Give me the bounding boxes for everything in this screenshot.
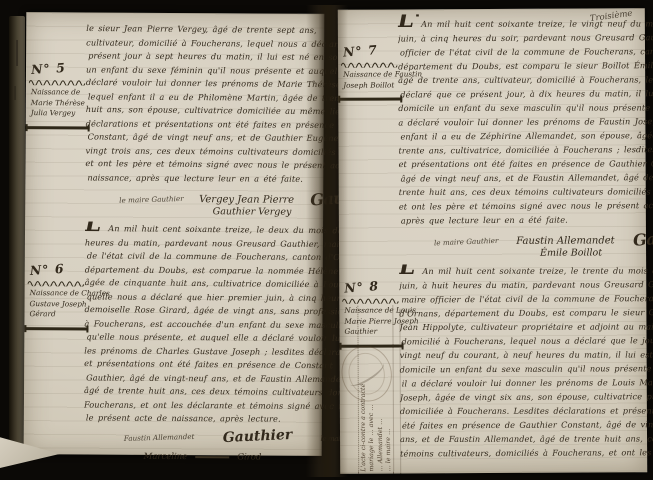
page-edge-marks xyxy=(14,86,16,100)
record-text-line: et ont les père et témoins signé avec no… xyxy=(399,198,653,214)
record-text-line: juin, à huit heures du matin, pardevant … xyxy=(399,277,653,293)
record-title-line: Julia Vergey xyxy=(31,108,86,119)
stamp-scrawl xyxy=(346,357,387,390)
record-text-line: d'Ornans, département du Doubs, est comp… xyxy=(399,305,653,321)
record-text-line: il a déclaré vouloir lui donner les prén… xyxy=(402,375,653,391)
record-margin: N° 5 Naissance deMarie ThérèseJulia Verg… xyxy=(25,18,86,216)
record-text-line: Jean Hippolyte, cultivateur propriétaire… xyxy=(399,319,653,334)
page-right: Troisième N° 7 Naissance de FaustinJosep… xyxy=(338,8,647,474)
birth-record-5: N° 5 Naissance deMarie ThérèseJulia Verg… xyxy=(25,18,324,218)
record-title-line: Joseph Boillot xyxy=(343,80,398,91)
page-edge xyxy=(9,16,25,454)
register-scan: N° 5 Naissance deMarie ThérèseJulia Verg… xyxy=(0,0,653,480)
record-text-line: L'An mil huit cent soixante treize, le v… xyxy=(398,16,653,31)
record-number: N° 5 xyxy=(31,59,87,77)
record-text-line: département du Doubs, est comparu le sie… xyxy=(398,58,653,74)
paraphe-line xyxy=(26,126,90,129)
record-text-line: a déclaré vouloir lui donner les prénoms… xyxy=(398,114,653,130)
record-number: N° 6 xyxy=(29,260,85,278)
record-text-line: et présentations ont été faites en prése… xyxy=(399,156,653,171)
birth-record-6: N° 6 Naissance de CharlesGustave JosephG… xyxy=(24,221,323,464)
record-title-line: Gérard xyxy=(29,309,84,320)
record-text-line: juin, à cinq heures du soir, pardevant n… xyxy=(398,30,653,46)
squiggle-divider xyxy=(342,296,400,303)
record-text-line: déclaré que ce présent jour, à dix heure… xyxy=(400,86,653,102)
signature: Marceline xyxy=(144,451,188,461)
squiggle-divider xyxy=(341,60,399,67)
record-text-line: domicile un enfant du sexe masculin qu'i… xyxy=(398,100,653,115)
squiggle-divider xyxy=(28,279,86,286)
record-margin: N° 6 Naissance de CharlesGustave JosephG… xyxy=(24,221,85,463)
record-text-line: domicile un enfant du sexe masculin qu'i… xyxy=(400,361,653,377)
signature: Émile Boillot xyxy=(540,247,602,258)
record-text-line: après que lecture leur en a été faite. xyxy=(401,212,653,228)
record-title-line: Naissance de Faustin xyxy=(343,69,398,80)
paraphe-line xyxy=(24,327,88,330)
record-text-line: témoins cultivateurs, domiciliés à Fouch… xyxy=(400,445,653,461)
record-body: L'An mil huit cent soixante treize, le t… xyxy=(399,263,653,461)
record-text-line: trente huit ans, ces deux témoins cultiv… xyxy=(399,184,653,199)
record-body: L'An mil huit cent soixante treize, le v… xyxy=(398,13,653,228)
signature: le maire Gauthier xyxy=(119,194,184,205)
record-text-line: été faites en présence de Gauthier Const… xyxy=(402,417,653,433)
record-title-line: Naissance de xyxy=(31,87,86,98)
record-text-line: L'An mil huit cent soixante treize, le t… xyxy=(399,263,653,278)
record-text-line: trente ans, cultivatrice, domiciliée à F… xyxy=(398,142,653,158)
page-edge-marks xyxy=(16,40,18,66)
signature: Gauthier xyxy=(223,426,293,445)
record-title-line: Marie Thérèse xyxy=(31,98,86,109)
record-text-line: ans, et de Faustin Allemandet, âgé de tr… xyxy=(400,431,653,446)
record-text-line: vingt neuf du courant, à neuf heures du … xyxy=(400,347,653,362)
struck-word: ———— xyxy=(195,452,229,462)
record-number: N° 8 xyxy=(344,277,400,296)
signature: le maire Gauthier xyxy=(434,236,499,248)
record-text-line: âgé de vingt neuf ans, et de Faustin All… xyxy=(401,170,653,186)
record-text-line: maire officier de l'état civil de la com… xyxy=(401,291,653,307)
record-text-line: domicilié à Foucherans, lequel nous a dé… xyxy=(401,333,653,349)
record-text-line: Joseph, âgée de vingt six ans, son épous… xyxy=(400,389,653,405)
signature: Faustin Allemandet xyxy=(516,235,614,247)
signature: Vergey Jean Pierre xyxy=(199,194,294,206)
record-title-line: Naissance de Charles xyxy=(30,288,85,299)
signature: Girod xyxy=(237,452,261,462)
record-title-line: Gustave Joseph xyxy=(30,299,85,310)
birth-record-7: N° 7 Naissance de FaustinJoseph Boillot … xyxy=(338,13,646,260)
paraphe-line xyxy=(338,97,402,100)
signature: Gauthier xyxy=(632,225,653,250)
record-text-line: officier de l'état civil de la commune d… xyxy=(400,44,653,60)
signatures: le maire GauthierFaustin AllemandetGauth… xyxy=(399,226,653,260)
record-text-line: enfant il a eu de Zéphirine Allemandet, … xyxy=(400,128,653,144)
signature: Gauthier Vergey xyxy=(213,206,292,217)
squiggle-divider xyxy=(29,78,87,85)
record-text-line: domiciliée à Foucherans. Lesdites déclar… xyxy=(400,403,653,418)
signature: Faustin Allemandet xyxy=(124,431,195,442)
page-left: N° 5 Naissance deMarie ThérèseJulia Verg… xyxy=(24,12,325,456)
record-text-line: âgé de trente ans, cultivateur, domicili… xyxy=(398,72,653,87)
record-number: N° 7 xyxy=(343,41,399,60)
record-margin: N° 7 Naissance de FaustinJoseph Boillot xyxy=(338,14,399,259)
